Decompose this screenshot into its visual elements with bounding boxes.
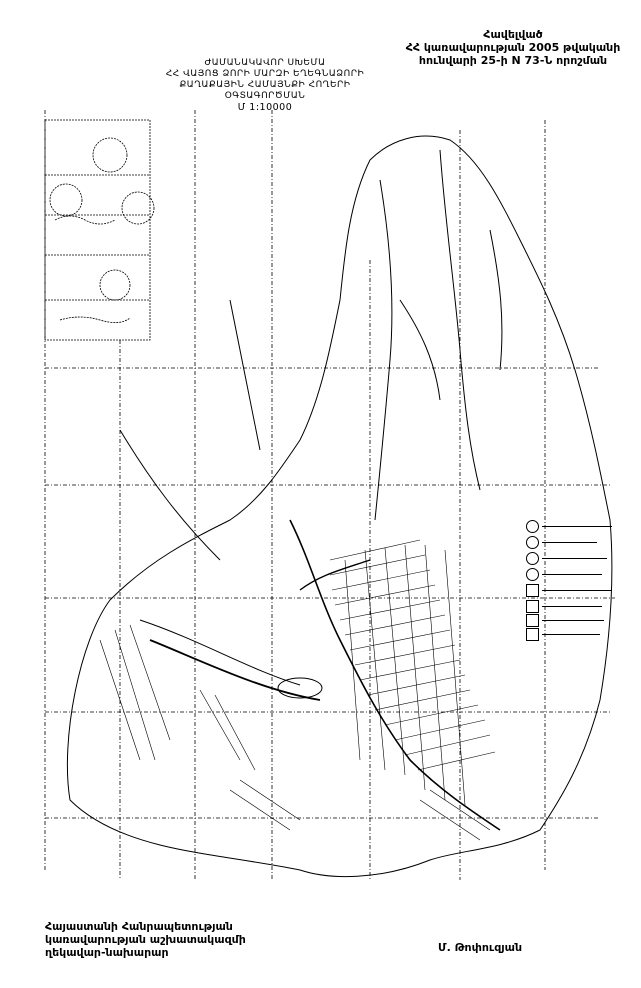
legend-square-icon (526, 628, 539, 641)
map-title-block: ԺԱՄԱՆԱԿԱՎՈՐ ՍԽԵՄԱ ՀՀ ՎԱՅՈՑ ՁՈՐԻ ՄԱՐԶԻ ԵՂ… (160, 58, 370, 113)
legend-square-icon (526, 584, 539, 597)
legend-label-line (542, 634, 600, 635)
legend-label-line (542, 574, 602, 575)
legend-circle-icon (526, 520, 539, 533)
approval-line: հունվարի 25-ի N 73-Ն որոշման (385, 54, 641, 67)
map-legend (520, 512, 632, 640)
approval-line: ՀՀ կառավարության 2005 թվականի (385, 41, 641, 54)
map-title-line: ՔԱՂԱՔԱՅԻՆ ՀԱՄԱՅՆՔԻ ՀՈՂԵՐԻ (160, 80, 370, 91)
legend-circle-icon (526, 552, 539, 565)
legend-label-line (542, 526, 612, 527)
legend-label-line (542, 606, 602, 607)
map-scale: Մ 1:10000 (160, 102, 370, 113)
approval-line: Հավելված (385, 28, 641, 41)
legend-circle-icon (526, 536, 539, 549)
legend-label-line (542, 558, 607, 559)
legend-square-icon (526, 600, 539, 613)
map-title-line: ՕԳՏԱԳՈՐԾՄԱՆ (160, 91, 370, 102)
legend-item (526, 536, 626, 550)
legend-square-icon (526, 614, 539, 627)
legend-circle-icon (526, 568, 539, 581)
legend-item (526, 628, 626, 642)
legend-label-line (542, 620, 604, 621)
signatory-title-line: Հայաստանի Հանրապետության (45, 920, 246, 933)
legend-item (526, 584, 626, 598)
signatory-title: Հայաստանի Հանրապետության կառավարության ա… (45, 920, 246, 959)
legend-item (526, 614, 626, 628)
map-title-line: ՀՀ ՎԱՅՈՑ ՁՈՐԻ ՄԱՐԶԻ ԵՂԵԳՆԱՁՈՐԻ (160, 69, 370, 80)
legend-item (526, 520, 626, 534)
map-title-line: ԺԱՄԱՆԱԿԱՎՈՐ ՍԽԵՄԱ (160, 58, 370, 69)
legend-label-line (542, 542, 597, 543)
legend-item (526, 552, 626, 566)
legend-item (526, 600, 626, 614)
land-use-map (0, 0, 641, 988)
signatory-title-line: ղեկավար-նախարար (45, 946, 246, 959)
legend-item (526, 568, 626, 582)
signatory-name: Մ. Թոփուզյան (438, 941, 522, 954)
approval-header: Հավելված ՀՀ կառավարության 2005 թվականի հ… (385, 28, 641, 67)
legend-label-line (542, 590, 612, 591)
signatory-title-line: կառավարության աշխատակազմի (45, 933, 246, 946)
